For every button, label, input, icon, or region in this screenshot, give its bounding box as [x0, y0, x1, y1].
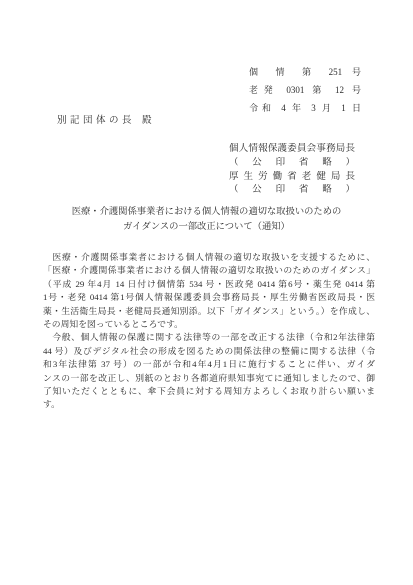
body-line: （平成 29 年4月 14 日付け個情第 534 号・医政発 0414 第6号・… — [43, 278, 375, 291]
sender-title: 個人情報保護委員会事務局長 — [229, 143, 355, 157]
addressee-honorific: 殿 — [142, 116, 155, 126]
subject-title: 医療・介護関係事業者における個人情報の適切な取扱いのための ガイダンスの一部改正… — [0, 205, 413, 235]
seal-omitted-note: （公印省略） — [229, 157, 355, 171]
document-number-block: 個 情 第 251 号 老発 0301 第 12 号 令和 4 年 3 月 1 … — [249, 63, 361, 117]
sender-title: 厚生労働省老健局長 — [229, 171, 355, 185]
body-line: その周知を図っているところです。 — [43, 318, 375, 331]
addressee-line: 別記団体の長殿 — [57, 112, 155, 126]
sender-block: 個人情報保護委員会事務局長 （公印省略） 厚生労働省老健局長 （公印省略） — [229, 143, 355, 198]
subject-title-line: 医療・介護関係事業者における個人情報の適切な取扱いのための — [0, 205, 413, 220]
document-number-line: 個 情 第 251 号 — [249, 63, 361, 81]
notice-document-page: 個 情 第 251 号 老発 0301 第 12 号 令和 4 年 3 月 1 … — [0, 0, 413, 585]
body-line: 医療・介護関係事業者における個人情報の適切な取扱いを支援するために、 — [43, 251, 375, 264]
body-line: ンスの一部を改正し、別紙のとおり各都道府県知事宛てに通知しましたので、御 — [43, 372, 375, 385]
body-line: す。 — [43, 398, 375, 411]
document-number-line: 老発 0301 第 12 号 — [249, 81, 361, 99]
addressee-name: 別記団体の長 — [57, 116, 135, 126]
body-line: 1号・老発 0414 第1号個人情報保護委員会事務局長・厚生労働省医政局長・医 — [43, 291, 375, 304]
document-date-line: 令和 4 年 3 月 1 日 — [249, 99, 361, 117]
subject-title-line: ガイダンスの一部改正について（通知） — [0, 220, 413, 235]
seal-omitted-note: （公印省略） — [229, 184, 355, 198]
body-text: 医療・介護関係事業者における個人情報の適切な取扱いを支援するために、 「医療・介… — [43, 251, 375, 412]
body-line: 「医療・介護関係事業者における個人情報の適切な取扱いのためのガイダンス」 — [43, 264, 375, 277]
body-line: 和3年法律第 37 号）の一部が令和4年4月1日に施行することに伴い、ガイダ — [43, 358, 375, 371]
body-line: 了知いただくとともに、傘下会員に対する周知方よろしくお取り計らい願いま — [43, 385, 375, 398]
body-line: 44 号）及びデジタル社会の形成を図るための関係法律の整備に関する法律（令 — [43, 345, 375, 358]
body-line: 今般、個人情報の保護に関する法律等の一部を改正する法律（令和2年法律第 — [43, 331, 375, 344]
body-line: 薬・生活衛生局長・老健局長通知別添。以下「ガイダンス」という。）を作成し、 — [43, 305, 375, 318]
